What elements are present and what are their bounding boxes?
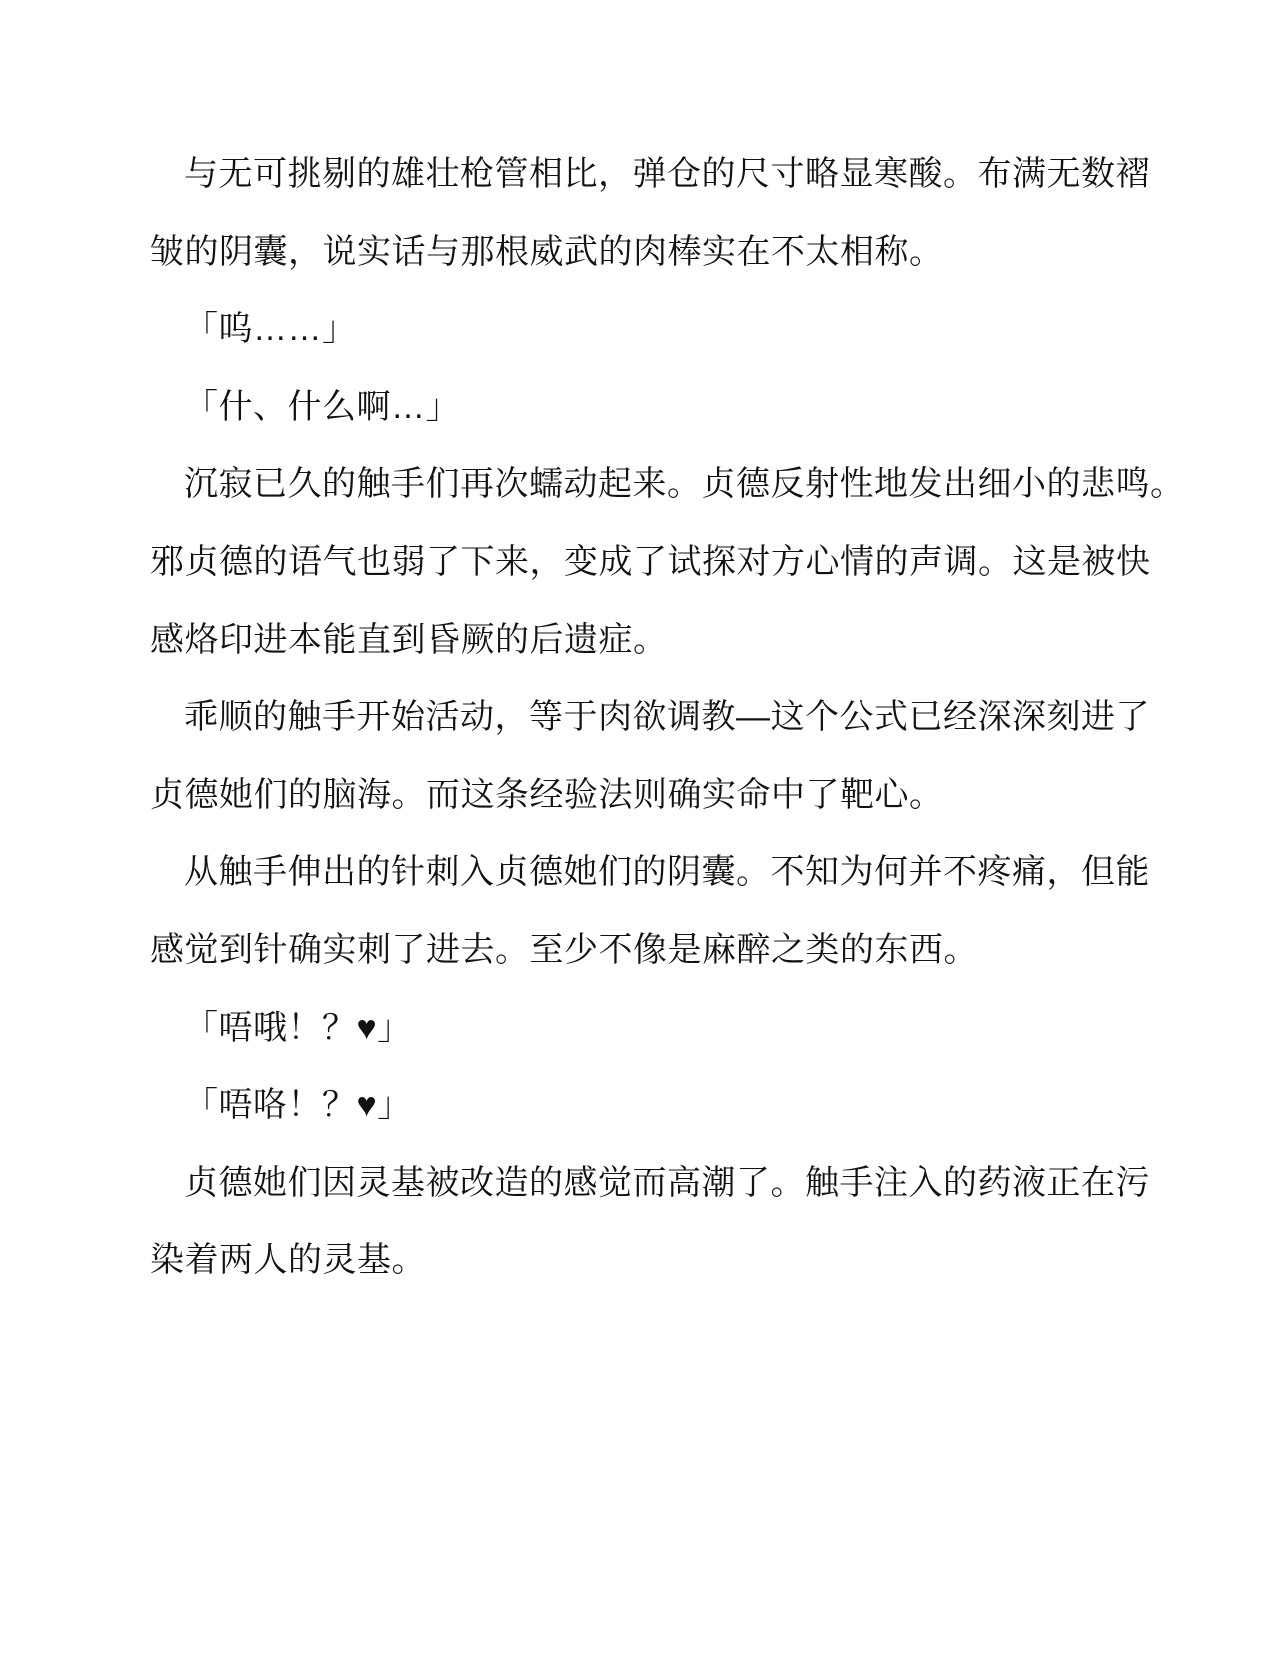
paragraph: 与无可挑剔的雄壮枪管相比，弹仓的尺寸略显寒酸。布满无数褶皱的阴囊，说实话与那根威… [150, 136, 1160, 291]
paragraph: 「唔哦！？♥」 [150, 990, 1160, 1068]
text-line: 从触手伸出的针刺入贞德她们的阴囊。不知为何并不疼痛，但能 [150, 834, 1160, 912]
text-line: 贞德她们因灵基被改造的感觉而高潮了。触手注入的药液正在污 [150, 1145, 1160, 1223]
text-line: 沉寂已久的触手们再次蠕动起来。贞德反射性地发出细小的悲鸣。 [150, 446, 1160, 524]
text-content: 与无可挑剔的雄壮枪管相比，弹仓的尺寸略显寒酸。布满无数褶皱的阴囊，说实话与那根威… [150, 136, 1160, 1300]
text-line: 与无可挑剔的雄壮枪管相比，弹仓的尺寸略显寒酸。布满无数褶 [150, 136, 1160, 214]
paragraph: 贞德她们因灵基被改造的感觉而高潮了。触手注入的药液正在污染着两人的灵基。 [150, 1145, 1160, 1300]
text-line: 邪贞德的语气也弱了下来，变成了试探对方心情的声调。这是被快 [150, 524, 1160, 602]
text-line: 「唔哦！？♥」 [150, 990, 1160, 1068]
page: 与无可挑剔的雄壮枪管相比，弹仓的尺寸略显寒酸。布满无数褶皱的阴囊，说实话与那根威… [0, 0, 1280, 1656]
text-line: 「唔咯！？♥」 [150, 1067, 1160, 1145]
text-line: 「呜……」 [150, 291, 1160, 369]
text-line: 贞德她们的脑海。而这条经验法则确实命中了靶心。 [150, 757, 1160, 835]
paragraph: 乖顺的触手开始活动，等于肉欲调教—这个公式已经深深刻进了贞德她们的脑海。而这条经… [150, 679, 1160, 834]
paragraph: 「唔咯！？♥」 [150, 1067, 1160, 1145]
text-line: 乖顺的触手开始活动，等于肉欲调教—这个公式已经深深刻进了 [150, 679, 1160, 757]
text-line: 「什、什么啊…」 [150, 369, 1160, 447]
text-line: 皱的阴囊，说实话与那根威武的肉棒实在不太相称。 [150, 214, 1160, 292]
paragraph: 从触手伸出的针刺入贞德她们的阴囊。不知为何并不疼痛，但能感觉到针确实刺了进去。至… [150, 834, 1160, 989]
paragraph: 沉寂已久的触手们再次蠕动起来。贞德反射性地发出细小的悲鸣。邪贞德的语气也弱了下来… [150, 446, 1160, 679]
text-line: 染着两人的灵基。 [150, 1222, 1160, 1300]
paragraph: 「呜……」 [150, 291, 1160, 369]
text-line: 感烙印进本能直到昏厥的后遗症。 [150, 602, 1160, 680]
text-line: 感觉到针确实刺了进去。至少不像是麻醉之类的东西。 [150, 912, 1160, 990]
paragraph: 「什、什么啊…」 [150, 369, 1160, 447]
